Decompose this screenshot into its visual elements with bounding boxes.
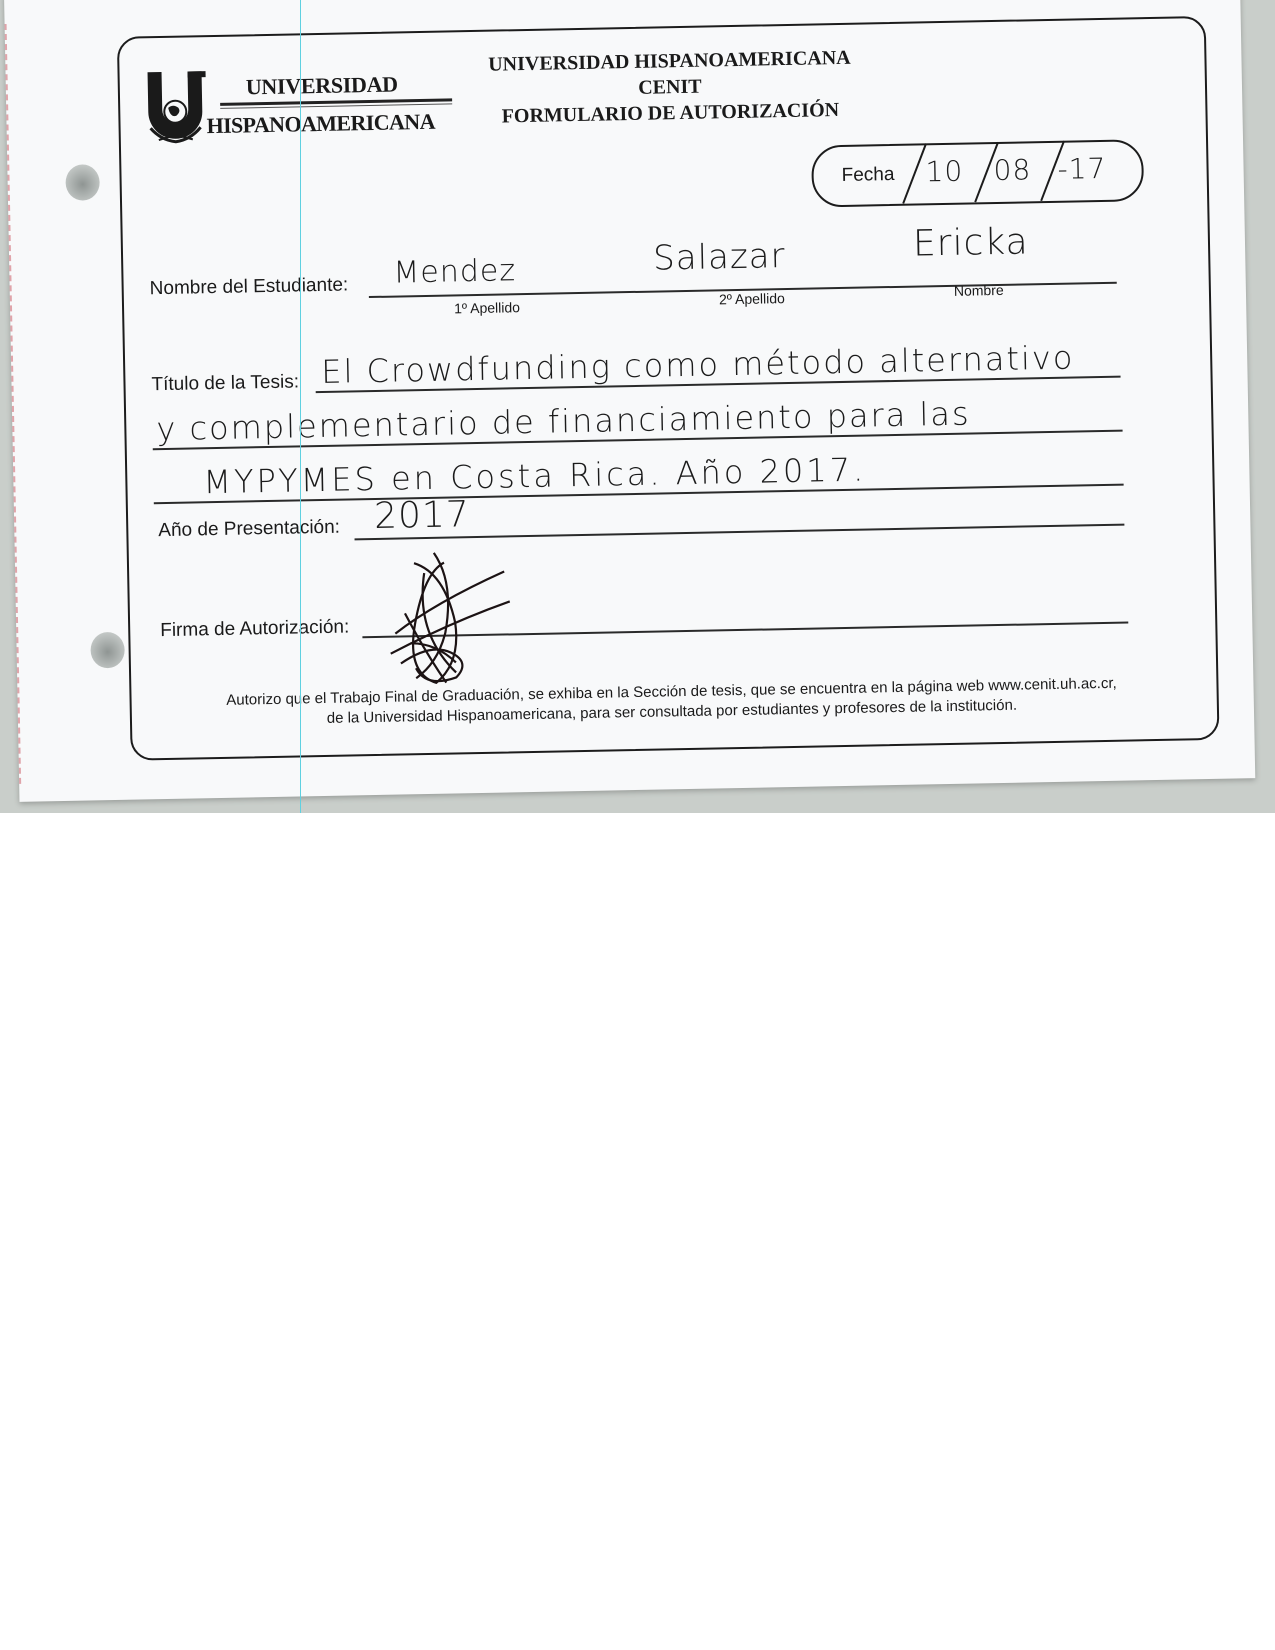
thesis-title-line-1[interactable]: El Crowdfunding como método alternativo: [321, 339, 1075, 391]
authorization-form-sheet: UNIVERSIDAD HISPANOAMERICANA UNIVERSIDAD…: [4, 0, 1255, 802]
given-name-value[interactable]: Ericka: [913, 221, 1029, 264]
red-edge-marks: [5, 24, 32, 784]
given-name-caption: Nombre: [954, 282, 1004, 299]
scanner-artifact-line: [300, 0, 301, 813]
second-surname-value[interactable]: Salazar: [653, 236, 786, 279]
second-surname-caption: 2º Apellido: [719, 290, 785, 307]
presentation-year-label: Año de Presentación:: [158, 517, 340, 542]
first-surname-caption: 1º Apellido: [454, 299, 520, 316]
form-header: UNIVERSIDAD HISPANOAMERICANA CENIT FORMU…: [459, 44, 880, 130]
date-day[interactable]: 10: [925, 155, 963, 189]
student-name-label: Nombre del Estudiante:: [149, 274, 348, 300]
first-surname-value[interactable]: Mendez: [393, 253, 516, 290]
form-card: UNIVERSIDAD HISPANOAMERICANA UNIVERSIDAD…: [117, 16, 1220, 761]
uh-shield-globe-logo-icon: [139, 67, 210, 144]
handwritten-signature-icon[interactable]: [374, 541, 527, 694]
date-box: Fecha 10 08 -17: [811, 139, 1144, 207]
thesis-title-label: Título de la Tesis:: [151, 371, 299, 396]
punch-hole-top: [65, 164, 100, 201]
punch-hole-bottom: [90, 632, 125, 669]
signature-label: Firma de Autorización:: [160, 616, 349, 642]
thesis-title-line-3[interactable]: MYPYMES en Costa Rica. Año 2017.: [203, 451, 866, 502]
date-month[interactable]: 08: [993, 153, 1031, 187]
date-separator: [902, 143, 927, 204]
date-year[interactable]: -17: [1057, 152, 1106, 186]
scanned-page: UNIVERSIDAD HISPANOAMERICANA UNIVERSIDAD…: [0, 0, 1275, 813]
presentation-year-value[interactable]: 2017: [374, 494, 470, 537]
authorization-statement: Autorizo que el Trabajo Final de Graduac…: [171, 673, 1172, 732]
university-logo: UNIVERSIDAD HISPANOAMERICANA: [139, 62, 450, 144]
date-label: Fecha: [841, 164, 894, 187]
thesis-title-line-2[interactable]: y complementario de financiamiento para …: [156, 395, 971, 449]
logo-text-hispanoamericana: HISPANOAMERICANA: [206, 109, 435, 139]
logo-text-universidad: UNIVERSIDAD: [246, 71, 398, 100]
